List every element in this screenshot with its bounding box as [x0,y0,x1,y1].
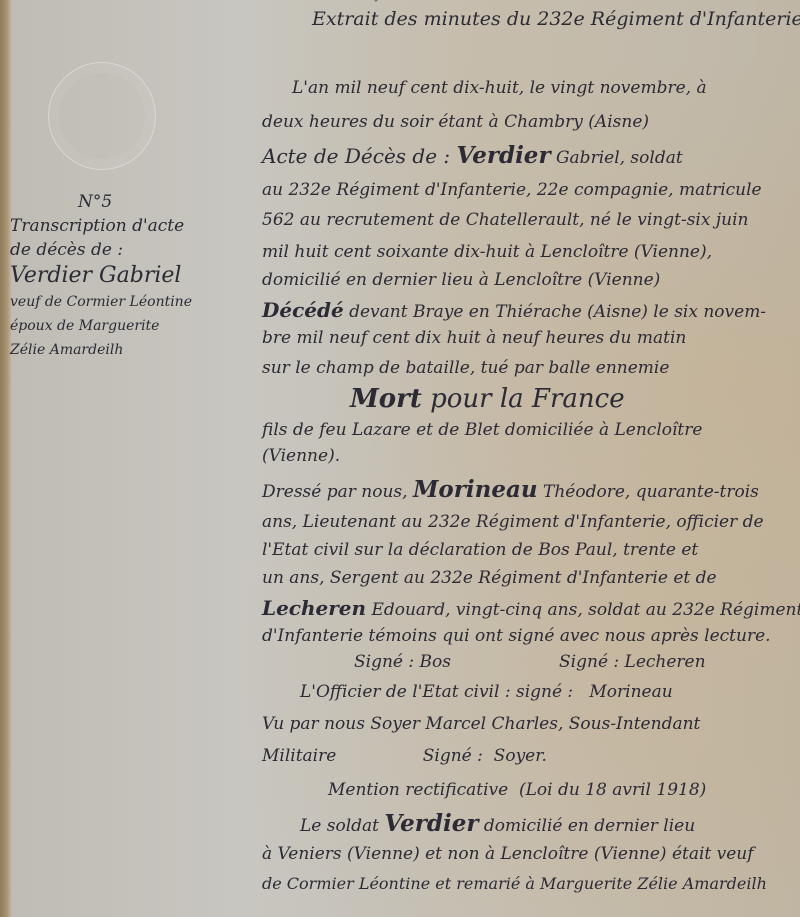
intendant-signature-line: Militaire Signé : Soyer. [262,746,547,766]
act-line: deux heures du soir étant à Chambry (Ais… [262,112,649,132]
witness-surname: Lecheren [262,596,366,620]
act-line: sur le champ de bataille, tué par balle … [262,358,669,378]
drafted-by-label: Dressé par nous, [262,482,413,502]
act-line: au 232e Régiment d'Infanterie, 22e compa… [262,180,762,200]
pen-stroke-mark [374,0,424,2]
officer-signature-line: L'Officier de l'Etat civil : signé : Mor… [300,682,673,702]
act-title: Extrait des minutes du 232e Régiment d'I… [312,8,800,30]
act-line: un ans, Sergent au 232e Régiment d'Infan… [262,568,717,588]
act-line: L'an mil neuf cent dix-huit, le vingt no… [292,78,707,98]
death-place: devant Braye en Thiérache (Aisne) le six… [344,302,766,322]
margin-note: N°5 Transcription d'acte de décès de : V… [10,190,250,362]
act-heading: Acte de Décès de : [262,144,457,168]
signatures-line: Signé : Bos Signé : Lecheren [354,652,706,672]
act-line: 562 au recrutement de Chatellerault, né … [262,210,748,230]
mort-pour-la-france: Mort pour la France [350,384,625,414]
soldier-label: Le soldat [300,816,384,836]
act-line: fils de feu Lazare et de Blet domiciliée… [262,420,702,440]
act-line: ans, Lieutenant au 232e Régiment d'Infan… [262,512,764,532]
act-line: de Cormier Léontine et remarié à Marguer… [262,874,767,893]
rectification-heading: Mention rectificative (Loi du 18 avril 1… [328,780,706,800]
deceased-label: Décédé [262,298,344,322]
act-number: N°5 [10,190,250,214]
pour-la-france-label: pour la France [422,384,625,414]
act-line: Acte de Décès de : Verdier Gabriel, sold… [262,142,683,169]
register-page: N°5 Transcription d'acte de décès de : V… [0,0,800,917]
officer-details: Théodore, quarante-trois [538,482,759,502]
mort-label: Mort [350,384,422,414]
act-line: bre mil neuf cent dix huit à neuf heures… [262,328,686,348]
act-line: (Vienne). [262,446,340,466]
officer-surname: Morineau [413,476,538,503]
act-line: Lecheren Edouard, vingt-cinq ans, soldat… [262,596,800,620]
deceased-given-name: Gabriel, soldat [551,148,683,168]
act-line: Dressé par nous, Morineau Théodore, quar… [262,476,759,503]
act-line: Décédé devant Braye en Thiérache (Aisne)… [262,298,766,322]
act-line: mil huit cent soixante dix-huit à Lenclo… [262,242,712,262]
soldier-surname: Verdier [384,810,478,837]
deceased-surname: Verdier [457,142,551,169]
act-line: Vu par nous Soyer Marcel Charles, Sous-I… [262,714,700,734]
margin-line: veuf de Cormier Léontine [10,290,250,314]
act-line: d'Infanterie témoins qui ont signé avec … [262,626,771,646]
margin-line: Zélie Amardeilh [10,338,250,362]
margin-line: Transcription d'acte [10,214,250,238]
rectification-text: domicilié en dernier lieu [478,816,695,836]
act-line: l'Etat civil sur la déclaration de Bos P… [262,540,698,560]
margin-line: époux de Marguerite [10,314,250,338]
act-line: Le soldat Verdier domicilié en dernier l… [300,810,695,837]
witness-details: Edouard, vingt-cinq ans, soldat au 232e … [366,600,800,620]
margin-line: de décès de : [10,238,250,262]
embossed-seal [48,62,156,170]
margin-deceased-name: Verdier Gabriel [10,262,250,290]
act-line: à Veniers (Vienne) et non à Lencloître (… [262,844,754,864]
act-line: domicilié en dernier lieu à Lencloître (… [262,270,660,290]
book-binding-edge [0,0,11,917]
